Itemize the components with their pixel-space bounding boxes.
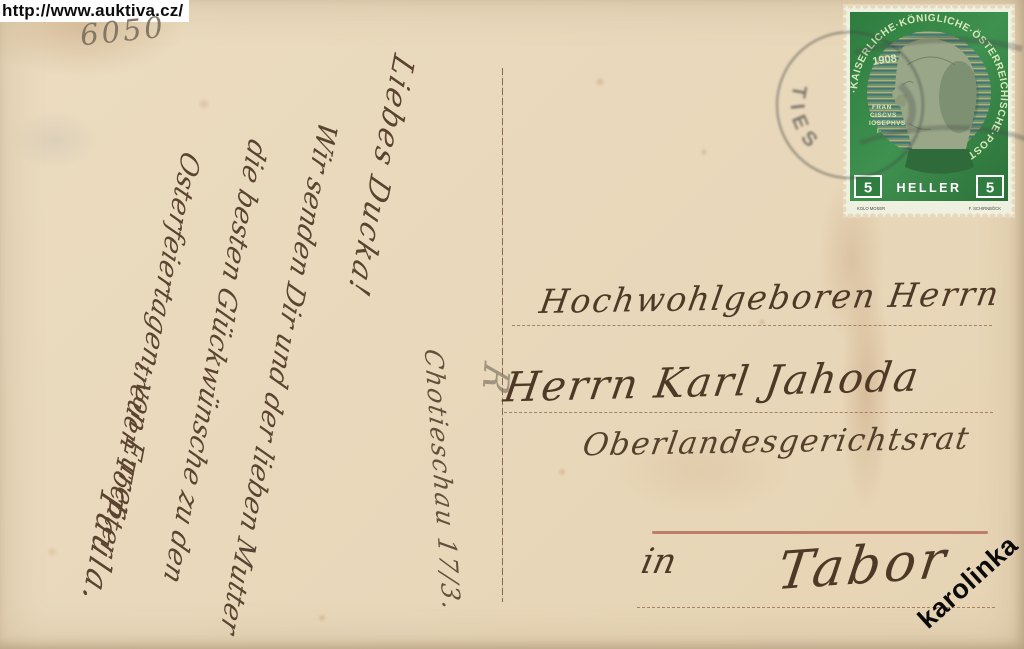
svg-text:FRAN: FRAN [872, 104, 892, 111]
svg-text:I·: I· [877, 128, 882, 135]
address-rule-2 [504, 412, 993, 413]
postage-stamp: ·KAISERLICHE·KÖNIGLICHE·ÖSTERREICHISCHE·… [843, 4, 1015, 218]
stamp-value-left: 5 [864, 180, 872, 197]
address-rule-1 [512, 325, 992, 326]
postmark-letters: TIES [785, 84, 827, 158]
message-dateline: Chotieschau 17/3. [419, 347, 467, 615]
postcard-divider-line [502, 68, 503, 602]
address-preposition: in [638, 542, 680, 582]
message-salutation: Liebes Ducka! [341, 49, 420, 303]
stamp-designer-credit: KOLO MOSER [857, 206, 885, 211]
stamp-value-right: 5 [986, 180, 994, 197]
address-honorific: Hochwohlgeboren Herrn [537, 274, 1003, 321]
svg-text:TIES: TIES [785, 84, 827, 158]
svg-text:CISCVS: CISCVS [870, 112, 897, 119]
address-recipient-title: Oberlandesgerichtsrat [580, 421, 972, 464]
address-city: Tabor [774, 530, 953, 603]
postcard-back: http://www.auktiva.cz/ 6050 [0, 0, 1024, 649]
address-recipient-name: Herrn Karl Jahoda [500, 352, 923, 411]
svg-text:IOSEPHVS: IOSEPHVS [869, 120, 906, 127]
stamp-engraver-credit: F. SCHIRNBÖCK [969, 206, 1002, 211]
stamp-currency: HELLER [897, 181, 962, 195]
message-signature: Paula. [75, 486, 130, 612]
